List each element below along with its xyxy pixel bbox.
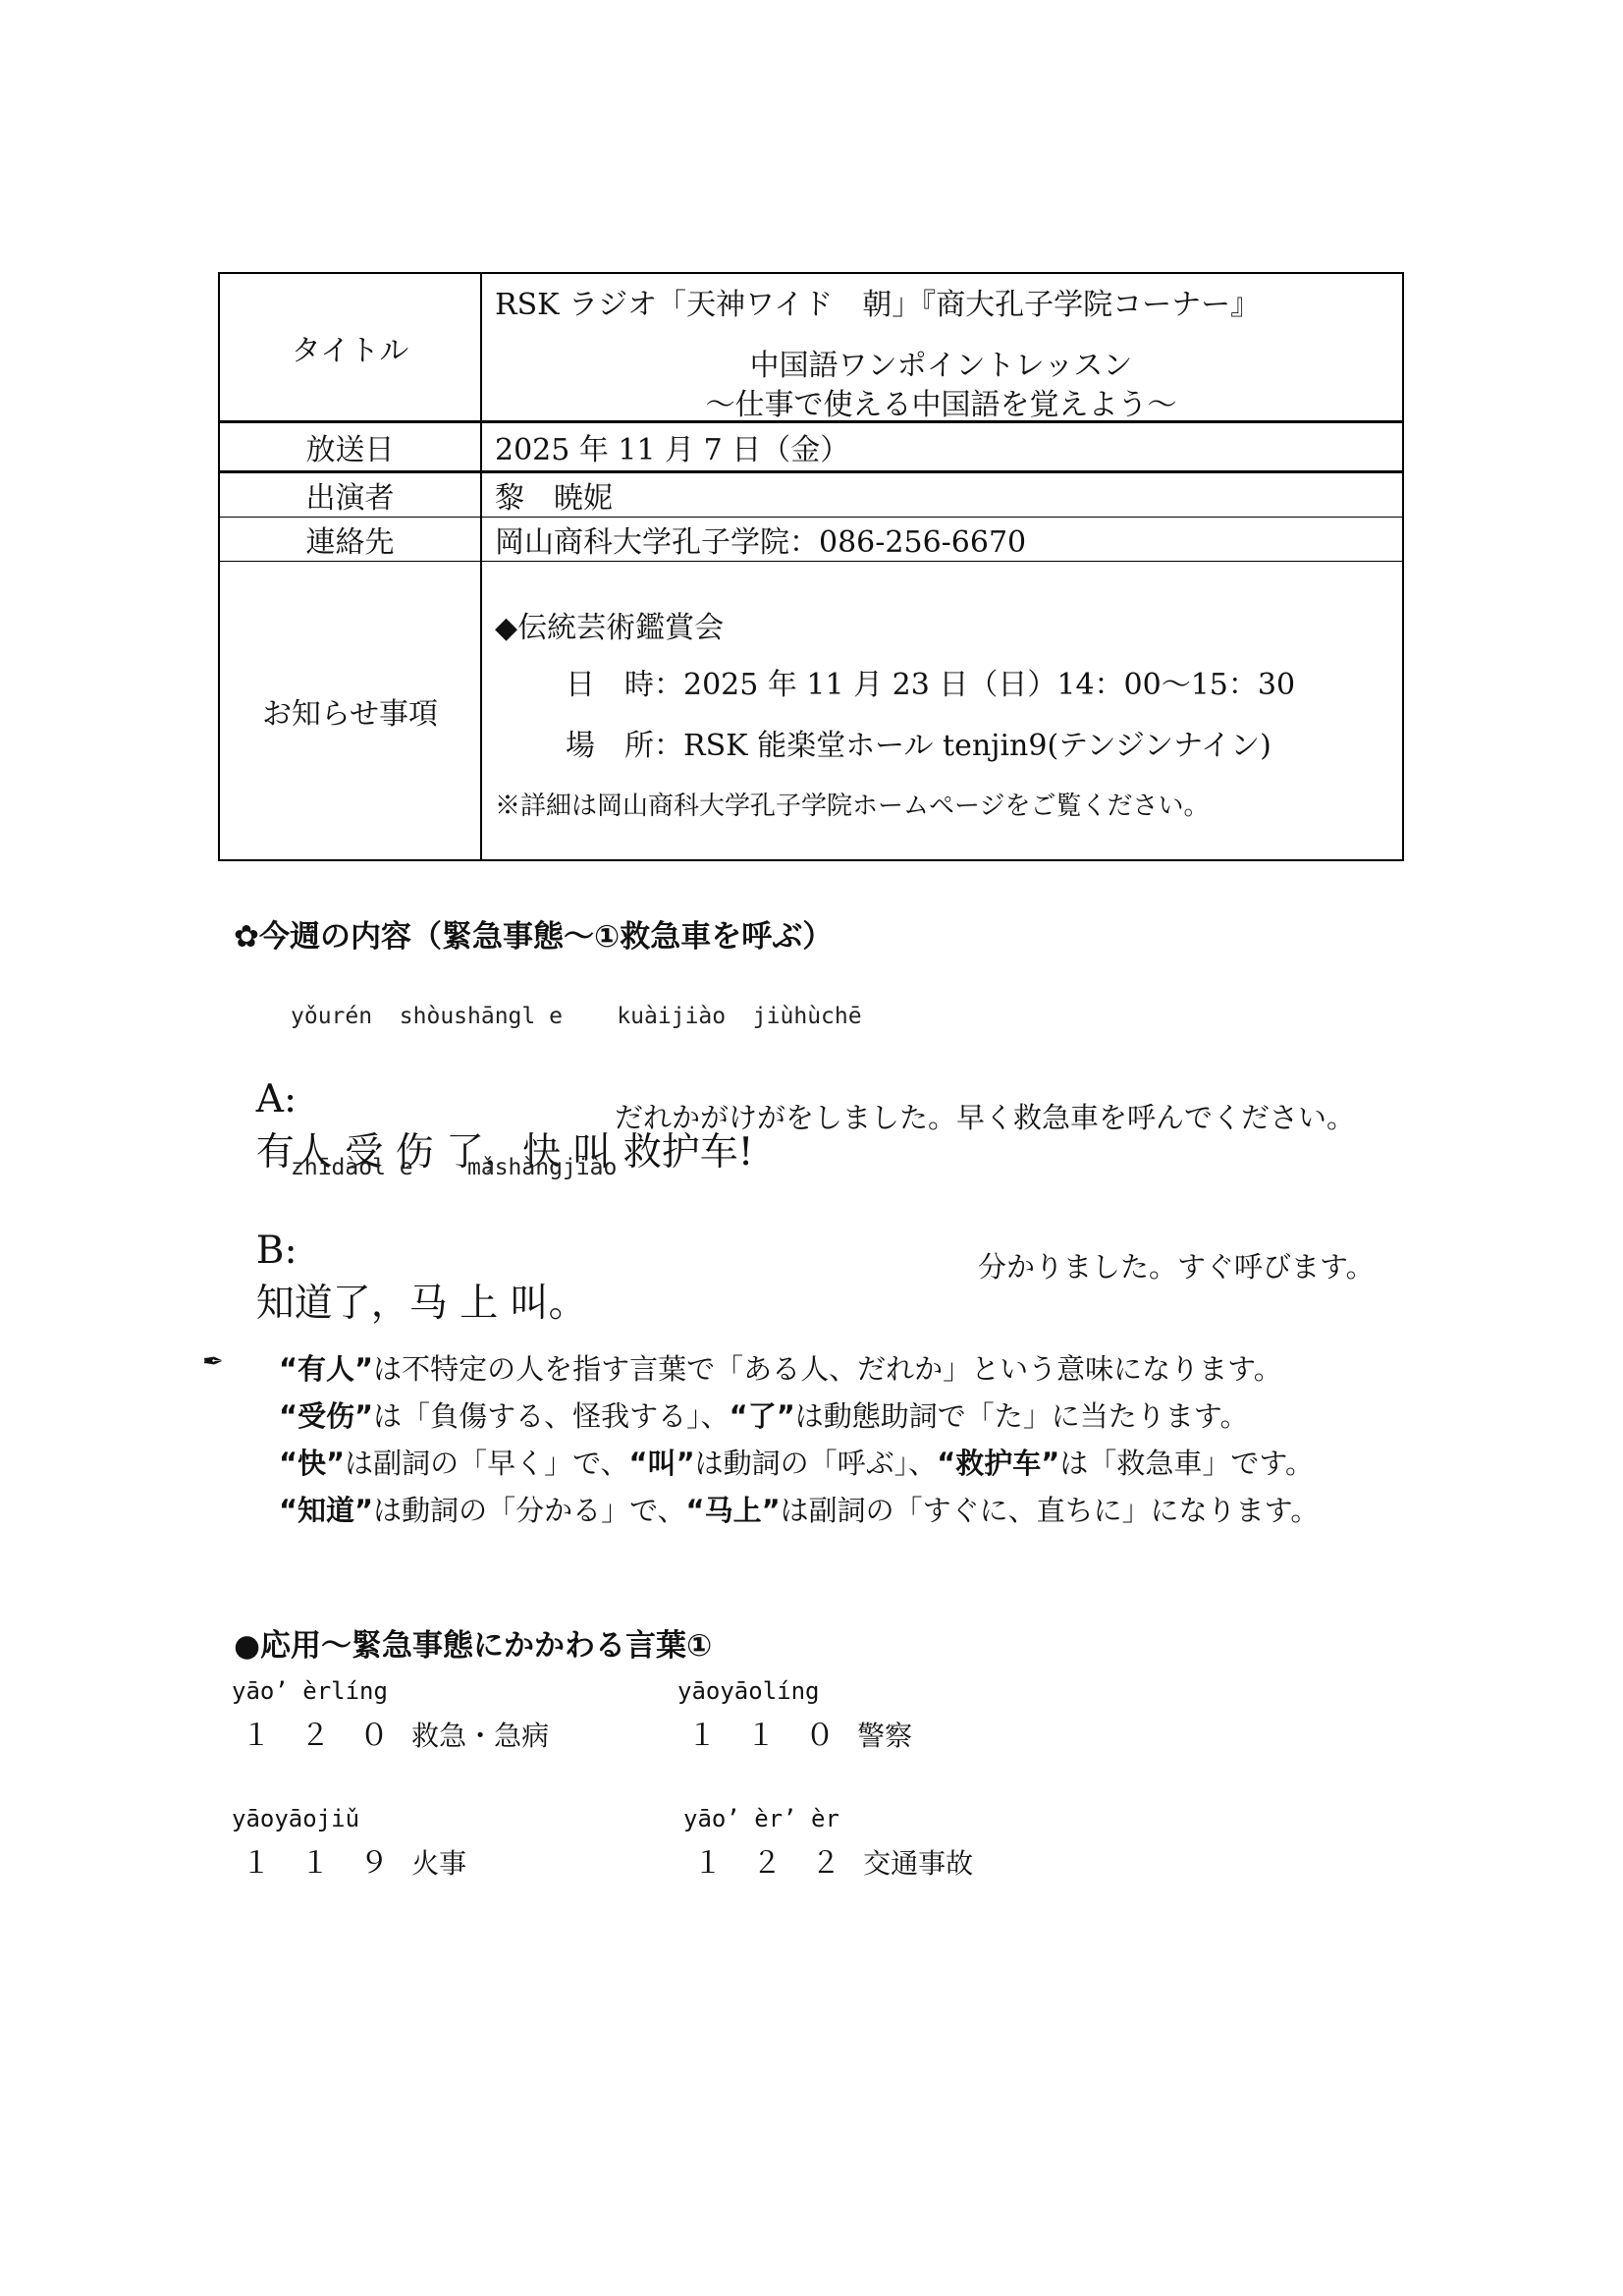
vocab-1-number: １ ２ ０ <box>242 1719 389 1753</box>
application-heading: ●応用～緊急事態にかかわる言葉① <box>234 1620 712 1665</box>
term-le: “了” <box>730 1399 795 1433</box>
explanation-line-4: “知道”は動詞の「分かる」で、“马上”は副詞の「すぐに、直ちに」になります。 <box>279 1489 1319 1529</box>
vocab-3-number: １ １ ９ <box>242 1846 389 1881</box>
vocab-1-meaning: 救急・急病 <box>411 1720 549 1752</box>
term-jiuhuche: “救护车” <box>937 1447 1059 1480</box>
term-kuai: “快” <box>279 1447 345 1480</box>
dialogue-a-pinyin: yǒurén shòushāngl e kuàijiào jiùhùchē <box>291 1004 862 1029</box>
explain-text: は動態助詞で「た」に当たります。 <box>795 1399 1249 1433</box>
this-week-heading-text: 今週の内容（緊急事態～①救急車を呼ぶ） <box>259 919 833 955</box>
explanation-line-3: “快”は副詞の「早く」で、“叫”は動詞の「呼ぶ」、“救护车”は「救急車」です。 <box>279 1442 1314 1482</box>
label-notice: お知らせ事項 <box>220 562 480 859</box>
pen-nib-icon: ✒ <box>202 1347 224 1377</box>
table-row-notice: お知らせ事項 ◆伝統芸術鑑賞会 日 時：2025 年 11 月 23 日（日）1… <box>220 562 1402 859</box>
speaker-a: A: <box>256 1077 297 1121</box>
explain-text: は副詞の「早く」で、 <box>345 1447 628 1480</box>
term-jiao: “叫” <box>629 1447 695 1480</box>
vocab-2: １ １ ０ 警察 <box>687 1711 912 1754</box>
vocab-1: １ ２ ０ 救急・急病 <box>242 1711 549 1754</box>
vocab-3: １ １ ９ 火事 <box>242 1838 466 1882</box>
term-mashang: “马上” <box>686 1494 781 1527</box>
term-youren: “有人” <box>279 1352 373 1386</box>
vocab-3-meaning: 火事 <box>411 1847 466 1880</box>
label-performer: 出演者 <box>220 473 480 517</box>
program-info-table: タイトル RSK ラジオ「天神ワイド 朝」『商大孔子学院コーナー』 中国語ワンポ… <box>218 272 1404 861</box>
table-row-contact: 連絡先 岡山商科大学孔子学院：086-256-6670 <box>220 518 1402 562</box>
vocab-2-meaning: 警察 <box>857 1720 912 1752</box>
speaker-b: B: <box>256 1229 298 1273</box>
bullet-icon: ● <box>234 1628 260 1664</box>
dialogue-b-line: B: 知道了，马 上 叫。 <box>232 1184 587 1328</box>
vocab-4-number: １ ２ ２ <box>693 1846 840 1881</box>
event-heading: ◆伝統芸術鑑賞会 <box>495 603 724 646</box>
application-heading-text: 応用～緊急事態にかかわる言葉① <box>260 1628 712 1664</box>
explain-text: は「救急車」です。 <box>1059 1447 1314 1480</box>
performer-name: 黎 暁妮 <box>495 473 1392 517</box>
program-name: RSK ラジオ「天神ワイド 朝」『商大孔子学院コーナー』 <box>495 280 1260 323</box>
explanation-line-2: “受伤”は「負傷する、怪我する」、“了”は動態助詞で「た」に当たります。 <box>279 1394 1248 1435</box>
event-place: 場 所：RSK 能楽堂ホール tenjin9(テンジンナイン) <box>566 721 1271 764</box>
dialogue-b-hanzi: 知道了，马 上 叫。 <box>256 1282 587 1326</box>
event-note: ※詳細は岡山商科大学孔子学院ホームページをご覧ください。 <box>495 786 1209 822</box>
explain-text: は不特定の人を指す言葉で「ある人、だれか」という意味になります。 <box>373 1352 1282 1386</box>
flower-icon: ✿ <box>234 919 259 955</box>
vocab-4-pinyin: yāo’ èr’ èr <box>683 1805 839 1832</box>
vocab-4-meaning: 交通事故 <box>863 1847 973 1880</box>
dialogue-a-translation: だれかがけがをしました。早く救急車を呼んでください。 <box>615 1096 1355 1136</box>
term-shoushang: “受伤” <box>279 1399 373 1433</box>
vocab-3-pinyin: yāoyāojiǔ <box>232 1805 359 1832</box>
explanation-line-1: “有人”は不特定の人を指す言葉で「ある人、だれか」という意味になります。 <box>279 1347 1282 1388</box>
explain-text: は動詞の「分かる」で、 <box>373 1494 685 1527</box>
contact-info: 岡山商科大学孔子学院：086-256-6670 <box>495 518 1392 561</box>
vocab-2-pinyin: yāoyāolíng <box>677 1677 820 1705</box>
this-week-heading: ✿今週の内容（緊急事態～①救急車を呼ぶ） <box>234 911 833 956</box>
term-zhidao: “知道” <box>279 1494 373 1527</box>
table-row-title: タイトル RSK ラジオ「天神ワイド 朝」『商大孔子学院コーナー』 中国語ワンポ… <box>220 274 1402 423</box>
vocab-4: １ ２ ２ 交通事故 <box>693 1838 973 1882</box>
event-datetime: 日 時：2025 年 11 月 23 日（日）14：00～15：30 <box>566 660 1295 703</box>
explain-text: は「負傷する、怪我する」、 <box>373 1399 730 1433</box>
vocab-1-pinyin: yāo’ èrlíng <box>232 1677 388 1705</box>
table-row-performer: 出演者 黎 暁妮 <box>220 473 1402 518</box>
vocab-2-number: １ １ ０ <box>687 1719 835 1753</box>
dialogue-b-pinyin: zhīdàol e mǎshàngjiào <box>291 1155 617 1180</box>
lesson-subtitle: ～仕事で使える中国語を覚えよう～ <box>480 380 1402 423</box>
lesson-title: 中国語ワンポイントレッスン <box>480 341 1402 384</box>
label-contact: 連絡先 <box>220 518 480 561</box>
explain-text: は副詞の「すぐに、直ちに」になります。 <box>781 1494 1320 1527</box>
label-broadcast-date: 放送日 <box>220 423 480 470</box>
table-row-broadcast-date: 放送日 2025 年 11 月 7 日（金） <box>220 423 1402 473</box>
explain-text: は動詞の「呼ぶ」、 <box>695 1447 938 1480</box>
dialogue-b-translation: 分かりました。すぐ呼びます。 <box>978 1245 1375 1285</box>
broadcast-date: 2025 年 11 月 7 日（金） <box>495 423 1392 470</box>
label-title: タイトル <box>220 274 480 420</box>
